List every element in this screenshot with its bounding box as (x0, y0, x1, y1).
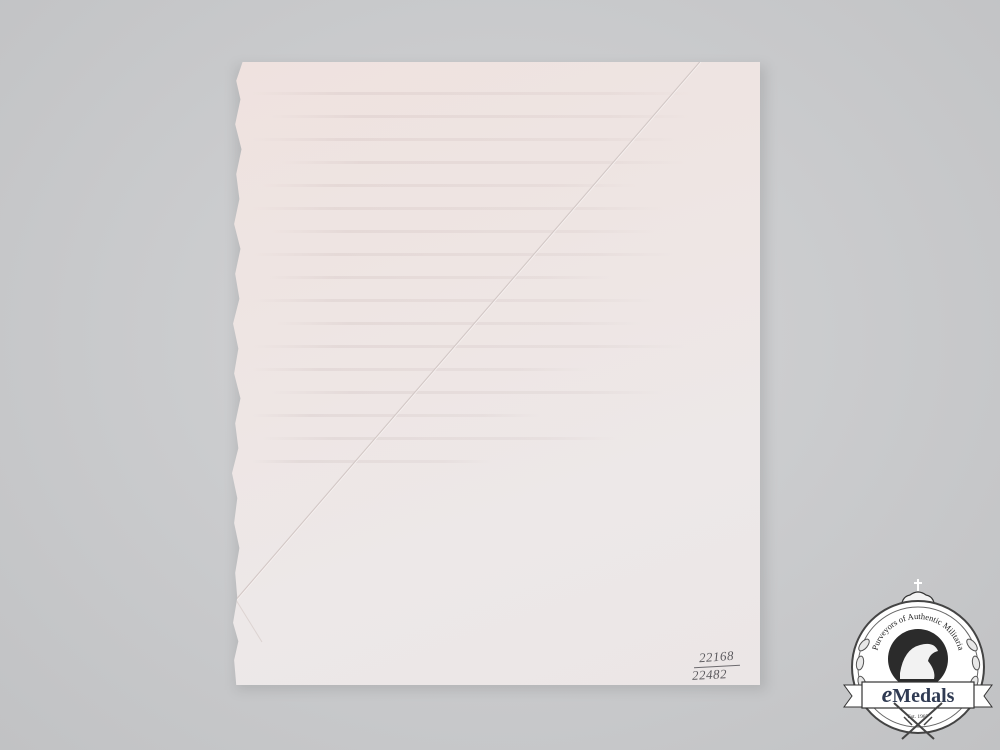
document-paper: 22168 22482 (232, 62, 760, 685)
emedals-watermark-logo: Purveyors of Authentic Militaria eMedals… (838, 575, 998, 745)
fold-crease (232, 62, 760, 685)
brand-wordmark: eMedals (882, 682, 955, 708)
pencil-number-bottom: 22482 (692, 666, 728, 684)
pencil-number-top: 22168 (698, 648, 734, 666)
